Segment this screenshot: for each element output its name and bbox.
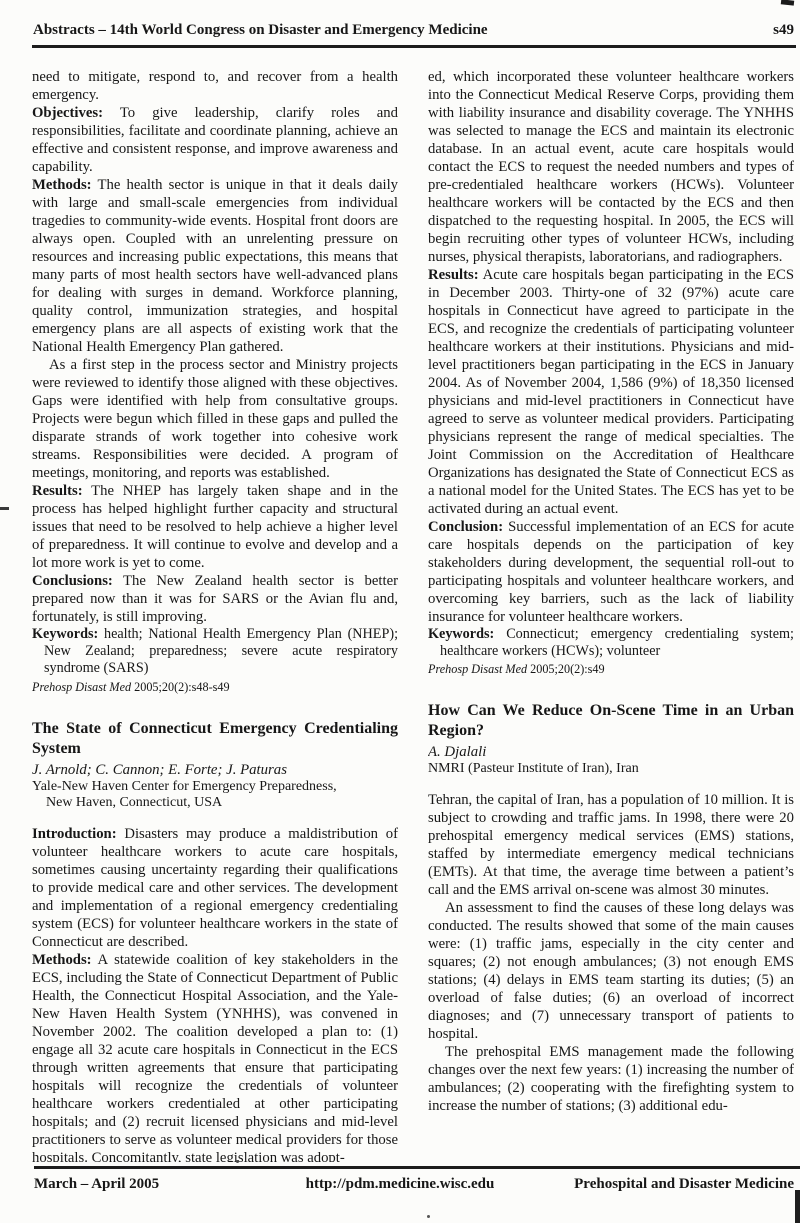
paragraph: Results: The NHEP has largely taken shap… [32,482,398,572]
paragraph-text: Tehran, the capital of Iran, has a popul… [428,792,794,898]
abstract-authors: A. Djalali [428,743,794,761]
keywords-label: Keywords: [32,626,98,642]
paragraph: Conclusions: The New Zealand health sect… [32,572,398,626]
citation: Prehosp Disast Med 2005;20(2):s49 [428,662,794,677]
paragraph: The prehospital EMS management made the … [428,1043,794,1115]
left-column: need to mitigate, respond to, and recove… [32,68,398,1162]
scan-artifact-dot [427,1215,430,1218]
paragraph-text: Acute care hospitals began participating… [428,267,794,517]
footer-rule [34,1166,800,1169]
page-number: s49 [773,22,794,39]
section-label: Methods: [32,952,92,968]
paragraph: need to mitigate, respond to, and recove… [32,68,398,104]
header-rule [32,45,796,48]
scan-artifact-bottom-right [795,1190,800,1223]
paragraph: Introduction: Disasters may produce a ma… [32,825,398,951]
citation-journal: Prehosp Disast Med [32,680,131,694]
abstract-title: How Can We Reduce On-Scene Time in an Ur… [428,701,794,741]
paragraph: Methods: The health sector is unique in … [32,176,398,356]
journal-page: Abstracts – 14th World Congress on Disas… [0,0,800,1223]
keywords: Keywords: Connecticut; emergency credent… [428,626,794,660]
section-label: Introduction: [32,826,117,842]
paragraph: Methods: A statewide coalition of key st… [32,951,398,1162]
abstract-affiliation: Yale-New Haven Center for Emergency Prep… [32,779,398,796]
abstract-affiliation: NMRI (Pasteur Institute of Iran), Iran [428,761,794,778]
paragraph-text: need to mitigate, respond to, and recove… [32,69,398,103]
citation: Prehosp Disast Med 2005;20(2):s48-s49 [32,680,398,695]
paragraph: Tehran, the capital of Iran, has a popul… [428,791,794,899]
paragraph: An assessment to find the causes of thes… [428,899,794,1043]
paragraph-text: Disasters may produce a maldistribution … [32,826,398,950]
section-label: Conclusion: [428,519,503,535]
paragraph: Conclusion: Successful implementation of… [428,518,794,626]
footer-journal-name: Prehospital and Disaster Medicine [574,1176,794,1193]
section-label: Methods: [32,177,92,193]
section-label: Conclusions: [32,573,113,589]
paragraph: Results: Acute care hospitals began part… [428,266,794,518]
paragraph: ed, which incorporated these volunteer h… [428,68,794,266]
abstract-title: The State of Connecticut Emergency Crede… [32,719,398,759]
paragraph-text: As a first step in the process sector an… [32,357,398,481]
paragraph-text: The NHEP has largely taken shape and in … [32,483,398,571]
paragraph: As a first step in the process sector an… [32,356,398,482]
paragraph-text: ed, which incorporated these volunteer h… [428,69,794,265]
keywords-text: health; National Health Emergency Plan (… [44,626,398,676]
keywords-text: Connecticut; emergency credentialing sys… [440,626,794,659]
citation-ref: 2005;20(2):s48-s49 [134,680,229,694]
abstract-affiliation: New Haven, Connecticut, USA [32,795,398,812]
scan-artifact-dot [236,1160,239,1163]
citation-journal: Prehosp Disast Med [428,662,527,676]
keywords-label: Keywords: [428,626,494,642]
paragraph-text: The health sector is unique in that it d… [32,177,398,355]
section-label: Results: [32,483,83,499]
paragraph-text: The prehospital EMS management made the … [428,1044,794,1114]
section-label: Objectives: [32,105,103,121]
running-head: Abstracts – 14th World Congress on Disas… [33,22,488,39]
right-column: ed, which incorporated these volunteer h… [428,68,794,1162]
keywords: Keywords: health; National Health Emerge… [32,626,398,678]
scan-artifact-left-margin [0,507,9,510]
section-label: Results: [428,267,479,283]
paragraph: Objectives: To give leadership, clarify … [32,104,398,176]
abstract-authors: J. Arnold; C. Cannon; E. Forte; J. Patur… [32,761,398,779]
scan-artifact-top-right [781,0,794,6]
citation-ref: 2005;20(2):s49 [530,662,604,676]
paragraph-text: An assessment to find the causes of thes… [428,900,794,1042]
paragraph-text: A statewide coalition of key stakeholder… [32,952,398,1162]
